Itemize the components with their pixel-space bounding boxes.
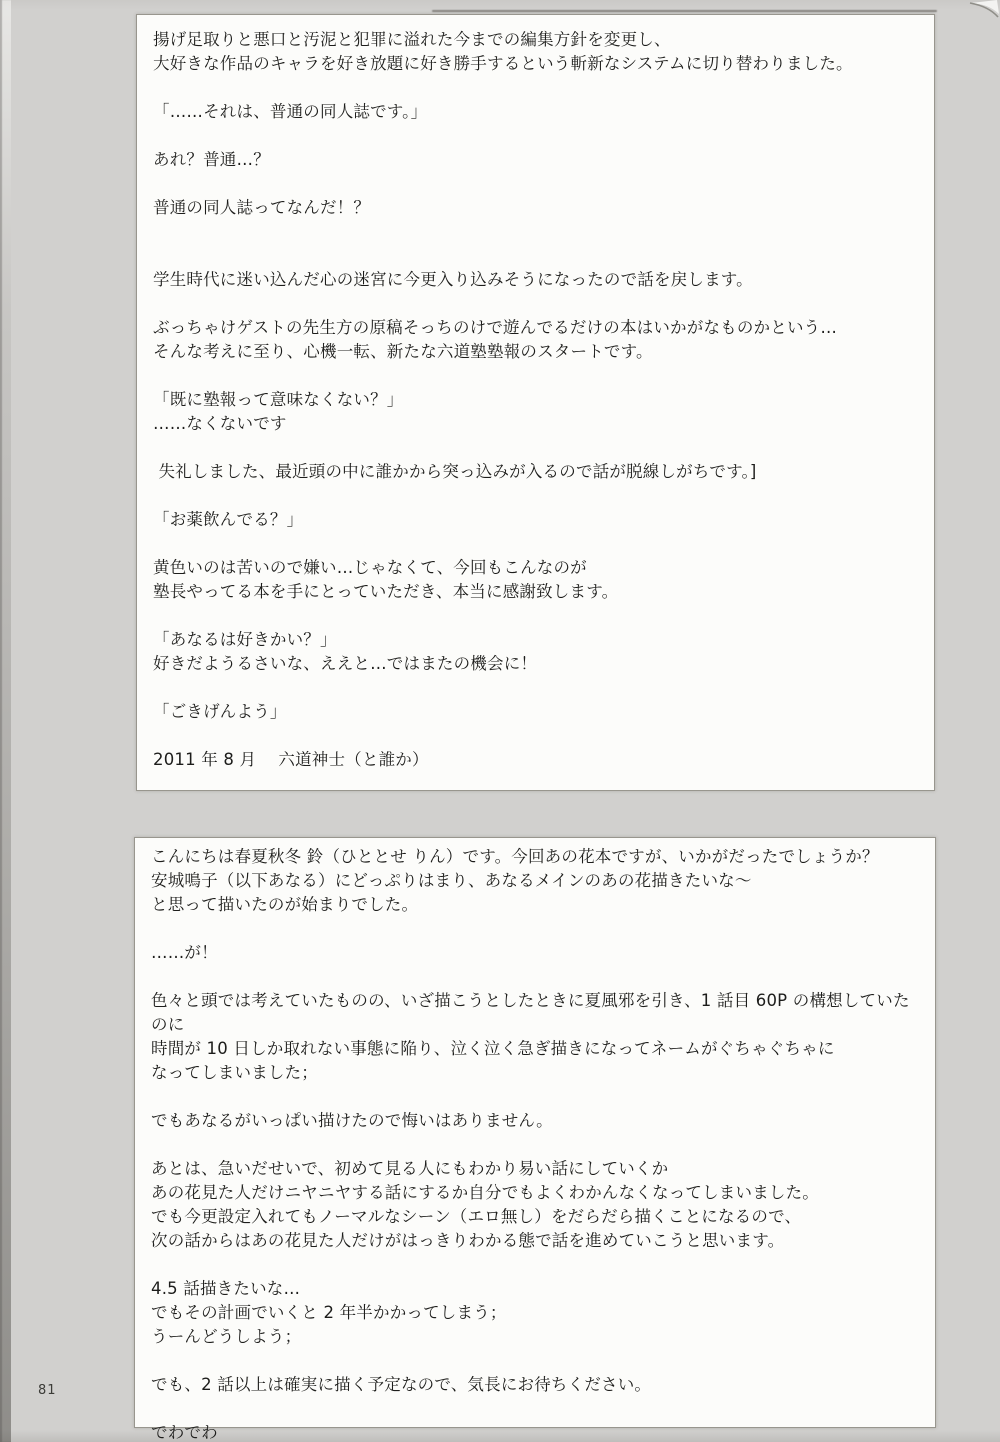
page-left-edge-shadow: [0, 0, 11, 1442]
page-corner-curl-artifact: [968, 0, 1000, 24]
scan-artifact-line: [432, 10, 937, 12]
page-number: 81: [38, 1383, 57, 1398]
scanned-page: 揚げ足取りと悪口と汚泥と犯罪に溢れた今までの編集方針を変更し、 大好きな作品のキ…: [0, 0, 1000, 1442]
editor-afterword-text: 揚げ足取りと悪口と汚泥と犯罪に溢れた今までの編集方針を変更し、 大好きな作品のキ…: [137, 15, 934, 772]
editor-afterword-box: 揚げ足取りと悪口と汚泥と犯罪に溢れた今までの編集方針を変更し、 大好きな作品のキ…: [136, 14, 935, 791]
artist-afterword-box: こんにちは春夏秋冬 鈴（ひととせ りん）です。今回あの花本ですが、いかがだったで…: [134, 837, 936, 1428]
artist-afterword-text: こんにちは春夏秋冬 鈴（ひととせ りん）です。今回あの花本ですが、いかがだったで…: [135, 838, 935, 1442]
